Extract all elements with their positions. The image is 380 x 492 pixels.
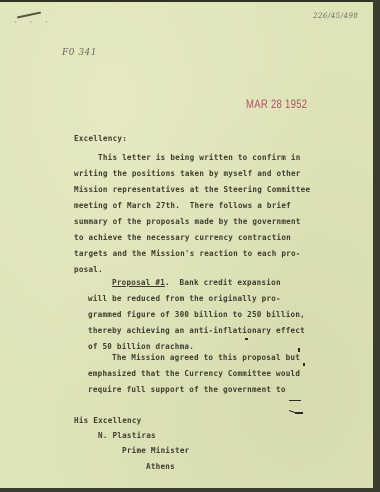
addressee-line: His Excellency xyxy=(74,416,142,425)
paragraph-line: The Mission agreed to this proposal but xyxy=(112,353,300,362)
paragraph-line: summary of the proposals made by the gov… xyxy=(74,217,301,226)
paragraph-line: Mission representatives at the Steering … xyxy=(74,185,310,194)
proposal-heading: Proposal #1 xyxy=(112,278,165,287)
file-reference: F0 341 xyxy=(62,48,97,58)
addressee-line: Prime Minister xyxy=(122,446,190,455)
addressee-line: N. Plastiras xyxy=(98,431,156,440)
paragraph-line: meeting of March 27th. There follows a b… xyxy=(74,201,291,210)
paragraph-line: emphasized that the Currency Committee w… xyxy=(88,369,300,378)
margin-mark xyxy=(303,363,305,366)
document-page: · · · F0 341 226/45/498 MAR 28 1952 Exce… xyxy=(0,2,373,488)
paragraph-line: to achieve the necessary currency contra… xyxy=(74,233,291,242)
scan-border xyxy=(373,0,380,492)
paragraph-line: targets and the Mission's reaction to ea… xyxy=(74,249,301,258)
scan-border xyxy=(0,488,380,492)
paragraph-line: This letter is being written to confirm … xyxy=(98,153,301,162)
proposal-line: will be reduced from the originally pro- xyxy=(88,294,281,303)
proposal-line: thereby achieving an anti-inflationary e… xyxy=(88,326,305,335)
paragraph-line: posal. xyxy=(74,265,103,274)
proposal-line: Proposal #1. Bank credit expansion xyxy=(112,278,281,287)
paragraph-line: require full support of the government t… xyxy=(88,385,286,394)
proposal-line: of 50 billion drachma. xyxy=(88,342,194,351)
proposal-line: grammed figure of 300 billion to 250 bil… xyxy=(88,310,305,319)
salutation: Excellency: xyxy=(74,134,127,143)
margin-dash xyxy=(295,412,303,414)
margin-mark xyxy=(298,348,300,352)
margin-dash xyxy=(289,400,301,401)
ink-dot xyxy=(245,338,248,340)
pen-dots: · · · xyxy=(14,19,52,26)
pen-mark xyxy=(17,12,41,19)
addressee-line: Athens xyxy=(146,462,175,471)
document-number: 226/45/498 xyxy=(313,12,358,20)
date-stamp: MAR 28 1952 xyxy=(246,98,307,112)
paragraph-line: writing the positions taken by myself an… xyxy=(74,169,301,178)
